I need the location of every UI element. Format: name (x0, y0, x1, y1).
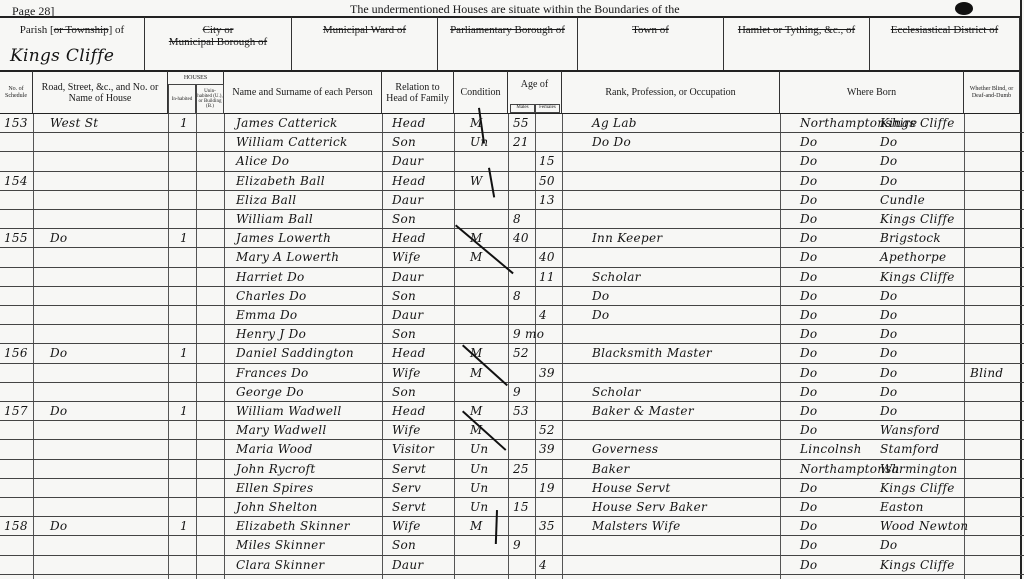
female-age-cell: 13 (539, 191, 555, 210)
table-row: 158Do1Elizabeth SkinnerWifeM35Malsters W… (0, 517, 1024, 536)
boundary-label-part: City or (203, 24, 234, 36)
relation-cell: Head (392, 114, 426, 133)
male-age-cell: 9 (513, 383, 521, 402)
condition-cell: Un (470, 460, 488, 479)
occupation-cell: Scholar (592, 383, 641, 402)
col-header-condition: Condition (454, 70, 508, 114)
born-place-cell: Warmington (880, 460, 958, 479)
born-place-cell: Do (880, 402, 897, 421)
boundary-label-part: or Township (54, 24, 109, 36)
page-title: The undermentioned Houses are situate wi… (350, 2, 680, 17)
born-place-cell: Kings Cliffe (880, 268, 955, 287)
born-county-cell: Do (800, 229, 817, 248)
inhabited-cell: 1 (180, 114, 188, 133)
male-age-cell: 25 (513, 460, 529, 479)
col-header-females: Females (535, 104, 560, 113)
born-county-cell: Do (800, 402, 817, 421)
table-row: 155Do1James LowerthHeadM40Inn KeeperDoBr… (0, 229, 1024, 248)
occupation-cell: Blacksmith Master (592, 344, 712, 363)
name-cell: Harriet Do (236, 268, 305, 287)
male-age-cell: 52 (513, 344, 529, 363)
table-row: William BallSon8DoKings Cliffe (0, 210, 1024, 229)
name-cell: Daniel Saddington (236, 344, 354, 363)
born-place-cell: Do (880, 364, 897, 383)
female-age-cell: 15 (539, 152, 555, 171)
relation-cell: Son (392, 536, 416, 555)
born-place-cell: Do (880, 536, 897, 555)
boundary-box: Parliamentary Borough of (438, 16, 578, 70)
boundary-box: Municipal Ward of (292, 16, 438, 70)
boundary-label: City orMunicipal Borough of (145, 24, 291, 48)
table-row: 154Elizabeth BallHeadW50DoDo (0, 172, 1024, 191)
name-cell: James Lowerth (236, 229, 331, 248)
boundary-value: Kings Cliffe (10, 46, 114, 66)
male-age-cell: 40 (513, 229, 529, 248)
inhabited-cell: 1 (180, 229, 188, 248)
name-cell: William Ball (236, 210, 313, 229)
relation-cell: Servt (392, 460, 426, 479)
occupation-cell: Do Do (592, 133, 631, 152)
schedule-cell: 158 (4, 517, 28, 536)
boundary-box: Town of (578, 16, 724, 70)
boundary-box: City orMunicipal Borough of (145, 16, 292, 70)
table-row: Charles DoSon8DoDoDo (0, 287, 1024, 306)
female-age-cell: 19 (539, 479, 555, 498)
road-cell: Do (50, 517, 67, 536)
name-cell: Maria Wood (236, 440, 313, 459)
road-cell: Do (50, 402, 67, 421)
relation-cell: Son (392, 210, 416, 229)
born-place-cell: Kings Cliffe (880, 114, 955, 133)
occupation-cell: Baker & Master (592, 402, 694, 421)
table-row: Henry J DoSon9 moDoDo (0, 325, 1024, 344)
born-county-cell: Do (800, 133, 817, 152)
schedule-cell: 157 (4, 402, 28, 421)
boundary-label: Municipal Ward of (292, 24, 437, 36)
name-cell: Eliza Ball (236, 191, 296, 210)
name-cell: James Catterick (236, 114, 338, 133)
name-cell: Charles Do (236, 287, 307, 306)
female-age-cell: 4 (539, 306, 547, 325)
occupation-cell: Scholar (592, 268, 641, 287)
boundary-label-part: Parish [ (20, 24, 54, 36)
table-row: Ellen SpiresServUn19House ServtDoKings C… (0, 479, 1024, 498)
col-header-uninhabited: Unin-habited (U.), or Building (B.) (196, 84, 224, 114)
table-row: Mary A LowerthWifeM40DoApethorpe (0, 248, 1024, 267)
table-row: Miles SkinnerSon9DoDo (0, 536, 1024, 555)
boundary-label-part: Town of (632, 24, 669, 36)
born-place-cell: Do (880, 133, 897, 152)
male-age-cell: 9 mo (513, 325, 544, 344)
relation-cell: Son (392, 133, 416, 152)
col-header-road: Road, Street, &c., and No. or Name of Ho… (33, 70, 168, 114)
name-cell: Alice Do (236, 152, 289, 171)
female-age-cell: 39 (539, 440, 555, 459)
blind-cell: Blind (970, 364, 1003, 383)
boundary-label: Parliamentary Borough of (438, 24, 577, 36)
born-place-cell: Do (880, 287, 897, 306)
female-age-cell: 52 (539, 421, 555, 440)
relation-cell: Daur (392, 152, 423, 171)
inhabited-cell: 1 (180, 344, 188, 363)
name-cell: Frances Do (236, 364, 309, 383)
born-place-cell: Kings Cliffe (880, 210, 955, 229)
table-row: Mary WadwellWifeM52DoWansford (0, 421, 1024, 440)
occupation-cell: Do (592, 287, 609, 306)
name-cell: Mary Wadwell (236, 421, 327, 440)
road-cell: Do (50, 229, 67, 248)
schedule-cell: 153 (4, 114, 28, 133)
col-header-schedule: No. of Schedule (0, 70, 33, 114)
col-header-inhabited: In-habited (168, 84, 196, 114)
born-county-cell: Do (800, 191, 817, 210)
female-age-cell: 35 (539, 517, 555, 536)
relation-cell: Son (392, 383, 416, 402)
born-county-cell: Do (800, 517, 817, 536)
table-row: Eliza BallDaur13DoCundle (0, 191, 1024, 210)
occupation-cell: Governess (592, 440, 658, 459)
male-age-cell: 8 (513, 210, 521, 229)
occupation-cell: Inn Keeper (592, 229, 662, 248)
boundary-box: Ecclesiastical District of (870, 16, 1020, 70)
table-row: John RycroftServtUn25BakerNorthamptonshW… (0, 460, 1024, 479)
relation-cell: Servt (392, 498, 426, 517)
boundary-label: Parish [or Township] of (0, 24, 144, 36)
born-county-cell: Do (800, 287, 817, 306)
table-row: George DoSon9ScholarDoDo (0, 383, 1024, 402)
born-place-cell: Do (880, 383, 897, 402)
boundary-label-part: ] of (109, 24, 125, 36)
relation-cell: Serv (392, 479, 421, 498)
table-row: John SheltonServtUn15House Serv BakerDoE… (0, 498, 1024, 517)
born-county-cell: Do (800, 172, 817, 191)
born-place-cell: Do (880, 306, 897, 325)
condition-cell: M (470, 517, 483, 536)
born-county-cell: Do (800, 268, 817, 287)
female-age-cell: 40 (539, 248, 555, 267)
table-row: Emma DoDaur4DoDoDo (0, 306, 1024, 325)
name-cell: William Catterick (236, 133, 348, 152)
relation-cell: Head (392, 402, 426, 421)
relation-cell: Visitor (392, 440, 434, 459)
schedule-cell: 156 (4, 344, 28, 363)
table-row: Maria WoodVisitorUn39GovernessLincolnshS… (0, 440, 1024, 459)
born-county-cell: Lincolnsh (800, 440, 862, 459)
col-header-occupation: Rank, Profession, or Occupation (562, 70, 780, 114)
census-page: Page 28] The undermentioned Houses are s… (0, 0, 1024, 579)
relation-cell: Daur (392, 268, 423, 287)
boundary-label-part: Municipal Borough of (169, 36, 267, 48)
col-header-blind: Whether Blind, or Deaf-and-Dumb (964, 70, 1020, 114)
born-county-cell: Do (800, 556, 817, 575)
col-header-where-born: Where Born (780, 70, 964, 114)
name-cell: Emma Do (236, 306, 297, 325)
inhabited-cell: 1 (180, 517, 188, 536)
houses-label: HOUSES (184, 75, 207, 82)
road-cell: Do (50, 344, 67, 363)
relation-cell: Daur (392, 306, 423, 325)
born-county-cell: Do (800, 498, 817, 517)
name-cell: Miles Skinner (236, 536, 325, 555)
relation-cell: Wife (392, 248, 421, 267)
born-county-cell: Do (800, 536, 817, 555)
born-county-cell: Do (800, 210, 817, 229)
female-age-cell: 11 (539, 268, 555, 287)
name-cell: William Wadwell (236, 402, 342, 421)
table-row: 157Do1William WadwellHeadM53Baker & Mast… (0, 402, 1024, 421)
born-place-cell: Do (880, 325, 897, 344)
boundary-label-part: Municipal Ward of (323, 24, 406, 36)
boundary-label: Town of (578, 24, 723, 36)
boundary-label: Ecclesiastical District of (870, 24, 1019, 36)
boundary-label-part: Ecclesiastical District of (891, 24, 999, 36)
name-cell: George Do (236, 383, 304, 402)
col-header-name: Name and Surname of each Person (224, 70, 382, 114)
relation-cell: Head (392, 172, 426, 191)
female-age-cell: 4 (539, 556, 547, 575)
table-row: 156Do1Daniel SaddingtonHeadM52Blacksmith… (0, 344, 1024, 363)
born-place-cell: Cundle (880, 191, 925, 210)
table-row: Frances DoWifeM39DoDoBlind (0, 364, 1024, 383)
born-place-cell: Brigstock (880, 229, 941, 248)
inhabited-cell: 1 (180, 402, 188, 421)
relation-cell: Head (392, 344, 426, 363)
name-cell: Mary A Lowerth (236, 248, 339, 267)
col-header-males: Males (510, 104, 535, 113)
name-cell: Clara Skinner (236, 556, 324, 575)
condition-cell: Un (470, 133, 488, 152)
relation-cell: Wife (392, 421, 421, 440)
born-county-cell: Do (800, 364, 817, 383)
born-county-cell: Do (800, 421, 817, 440)
condition-cell: Un (470, 498, 488, 517)
born-county-cell: Do (800, 344, 817, 363)
schedule-cell: 154 (4, 172, 28, 191)
road-cell: West St (50, 114, 98, 133)
boundary-label: Hamlet or Tything, &c., of (724, 24, 869, 36)
name-cell: John Rycroft (236, 460, 315, 479)
condition-cell: Un (470, 479, 488, 498)
born-place-cell: Do (880, 344, 897, 363)
female-age-cell: 50 (539, 172, 555, 191)
male-age-cell: 9 (513, 536, 521, 555)
born-county-cell: Do (800, 248, 817, 267)
born-place-cell: Apethorpe (880, 248, 946, 267)
relation-cell: Wife (392, 364, 421, 383)
table-row: 153West St1James CatterickHeadM55Ag LabN… (0, 114, 1024, 133)
occupation-cell: Ag Lab (592, 114, 637, 133)
female-age-cell: 39 (539, 364, 555, 383)
born-place-cell: Do (880, 152, 897, 171)
relation-cell: Wife (392, 517, 421, 536)
condition-cell: M (470, 248, 483, 267)
born-county-cell: Do (800, 383, 817, 402)
table-row: William CatterickSonUn21Do DoDoDo (0, 133, 1024, 152)
name-cell: Elizabeth Ball (236, 172, 325, 191)
condition-cell: M (470, 364, 483, 383)
born-place-cell: Wood Newton (880, 517, 968, 536)
born-county-cell: Do (800, 479, 817, 498)
name-cell: Henry J Do (236, 325, 306, 344)
relation-cell: Head (392, 229, 426, 248)
born-county-cell: Do (800, 306, 817, 325)
relation-cell: Son (392, 287, 416, 306)
male-age-cell: 53 (513, 402, 529, 421)
born-place-cell: Do (880, 172, 897, 191)
name-cell: Ellen Spires (236, 479, 313, 498)
occupation-cell: Do (592, 306, 609, 325)
schedule-cell: 155 (4, 229, 28, 248)
occupation-cell: Malsters Wife (592, 517, 680, 536)
born-county-cell: Do (800, 325, 817, 344)
occupation-cell: Baker (592, 460, 630, 479)
born-county-cell: Do (800, 152, 817, 171)
boundary-box: Hamlet or Tything, &c., of (724, 16, 870, 70)
born-place-cell: Easton (880, 498, 924, 517)
name-cell: Elizabeth Skinner (236, 517, 350, 536)
male-age-cell: 8 (513, 287, 521, 306)
condition-cell: W (470, 172, 483, 191)
relation-cell: Daur (392, 191, 423, 210)
male-age-cell: 15 (513, 498, 529, 517)
born-place-cell: Stamford (880, 440, 939, 459)
table-row: Clara SkinnerDaur4DoKings Cliffe (0, 556, 1024, 575)
male-age-cell: 21 (513, 133, 529, 152)
relation-cell: Daur (392, 556, 423, 575)
relation-cell: Son (392, 325, 416, 344)
boundary-label-part: Parliamentary Borough of (450, 24, 565, 36)
born-place-cell: Kings Cliffe (880, 479, 955, 498)
boundary-box: Parish [or Township] ofKings Cliffe (0, 16, 145, 70)
table-row: Alice DoDaur15DoDo (0, 152, 1024, 171)
ink-blot (955, 2, 973, 15)
name-cell: John Shelton (236, 498, 318, 517)
born-place-cell: Kings Cliffe (880, 556, 955, 575)
born-place-cell: Wansford (880, 421, 940, 440)
condition-cell: Un (470, 440, 488, 459)
occupation-cell: House Serv Baker (592, 498, 707, 517)
boundary-label-part: Hamlet or Tything, &c., of (738, 24, 855, 36)
male-age-cell: 55 (513, 114, 529, 133)
occupation-cell: House Servt (592, 479, 670, 498)
age-label: Age of (521, 79, 549, 90)
col-header-relation: Relation to Head of Family (382, 70, 454, 114)
